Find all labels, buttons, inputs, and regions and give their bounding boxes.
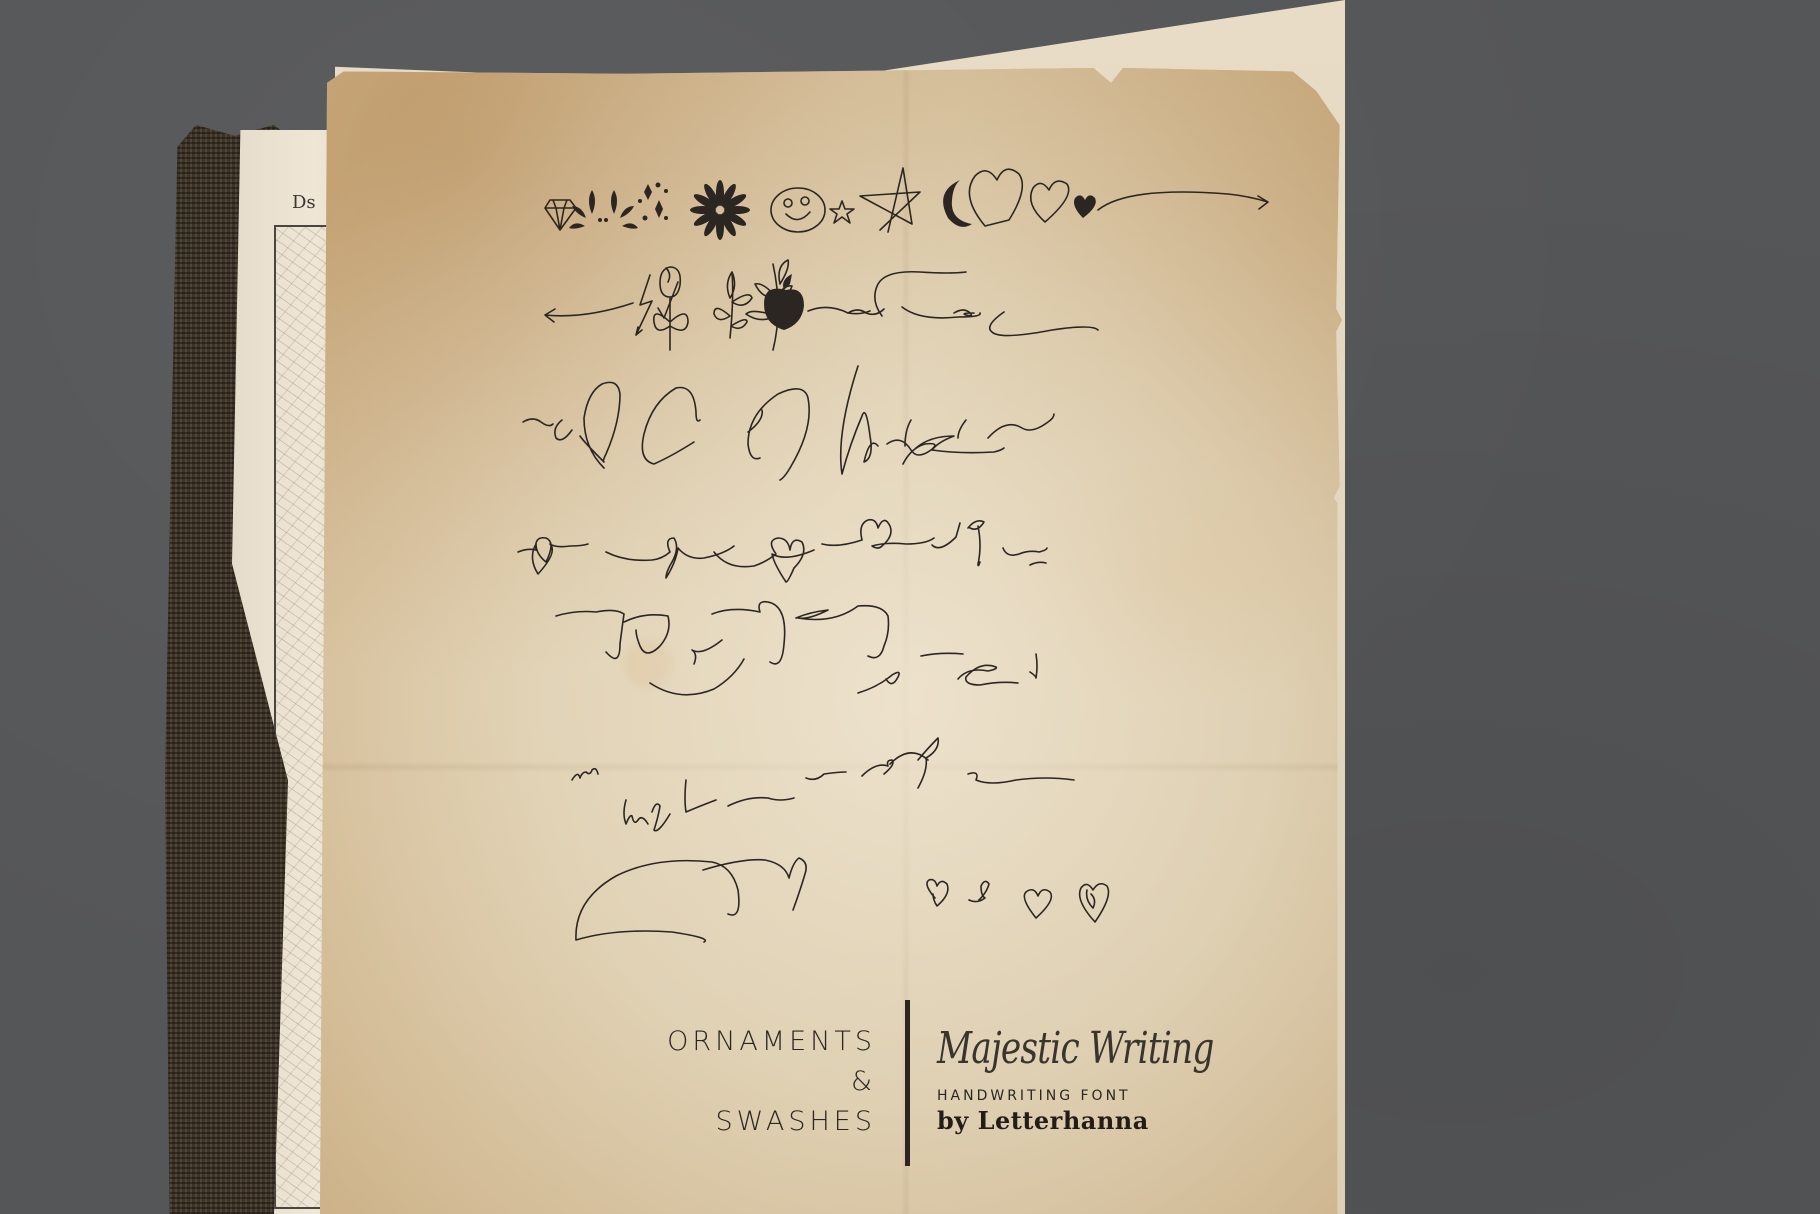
hook-swash-icon [875,272,966,316]
ornaments-swashes-label: ORNAMENTS & SWASHES [667,1022,876,1142]
arrow-swash-left-icon [545,303,633,322]
font-credit: Majestic Writing HANDWRITING FONT by Let… [937,1008,1292,1135]
m-squiggle-icon [572,769,598,780]
heart-line-divider-icon [714,538,814,582]
dash-curl-icon [858,653,963,693]
long-tail-icon [968,773,1074,783]
curl-line-icon [685,780,794,812]
flag-tail-swash-icon [968,521,984,566]
olive-branch-icon [714,272,752,338]
tall-loop-icon [841,366,878,474]
heart-tail-icon [703,858,806,910]
scribble-star-icon [860,168,920,232]
font-subtitle: HANDWRITING FONT [937,1088,1292,1104]
heart-curl-divider-icon [822,520,934,548]
heart-divider-icon [518,538,588,574]
figure-eight-swash-icon [887,420,935,464]
lightning-bolt-icon [636,275,652,335]
wave-tail-swash-icon [988,414,1054,438]
ornaments-sheet [0,0,1820,1214]
label-swashes: SWASHES [667,1102,876,1142]
big-curved-swash-icon [576,861,739,942]
leaf-sprigs-icon [569,190,638,229]
hook-tail-icon [918,738,938,788]
hook-underline-icon [556,610,624,658]
filled-heart-small-icon [1074,195,1096,218]
smiley-face-icon [771,188,825,232]
loop-heart-icon [1080,884,1109,922]
outline-heart-medium-icon [1031,181,1069,222]
open-loop-icon [642,388,700,465]
outline-heart-large-icon [969,169,1022,226]
infinity-swash-icon [958,654,1037,685]
curl-swash-icon [555,420,572,440]
small-heart-1-icon [927,880,948,906]
font-name-script: Majestic Writing [937,1008,1214,1090]
curl-overline-icon [796,606,889,658]
zigzag-tail-icon [624,800,670,831]
long-loop-swash-icon [990,312,1098,336]
apple-icon [764,274,804,330]
label-ampersand: & [667,1062,876,1102]
font-byline: by Letterhanna [937,1106,1292,1135]
loop-tail-icon [862,753,928,776]
arrow-swash-right-icon [1098,192,1268,210]
check-tail-swash-icon [932,523,960,548]
curved-bracket-icon [624,615,669,653]
short-curl-swash-icon [1003,548,1047,565]
small-heart-2-icon [1024,890,1051,918]
label-ornaments: ORNAMENTS [667,1022,876,1062]
diamond-gem-icon [545,200,576,230]
oval-loop-icon [748,389,809,480]
tilde-swash-icon [523,419,553,426]
flower-burst-icon [690,180,750,240]
squiggle-underline-icon [650,640,744,695]
s-heart-icon [969,881,989,901]
small-star-icon [830,201,854,223]
sparkle-diamonds-icon [638,183,668,221]
loop-swash-icon [954,310,974,316]
dip-wave-icon [806,772,846,779]
loop-oval-icon [580,382,620,468]
cross-loop-swash-icon [916,420,1004,453]
v-heart-divider-icon [606,538,734,578]
crescent-moon-icon [943,180,972,227]
loop-overline-icon [712,602,785,664]
